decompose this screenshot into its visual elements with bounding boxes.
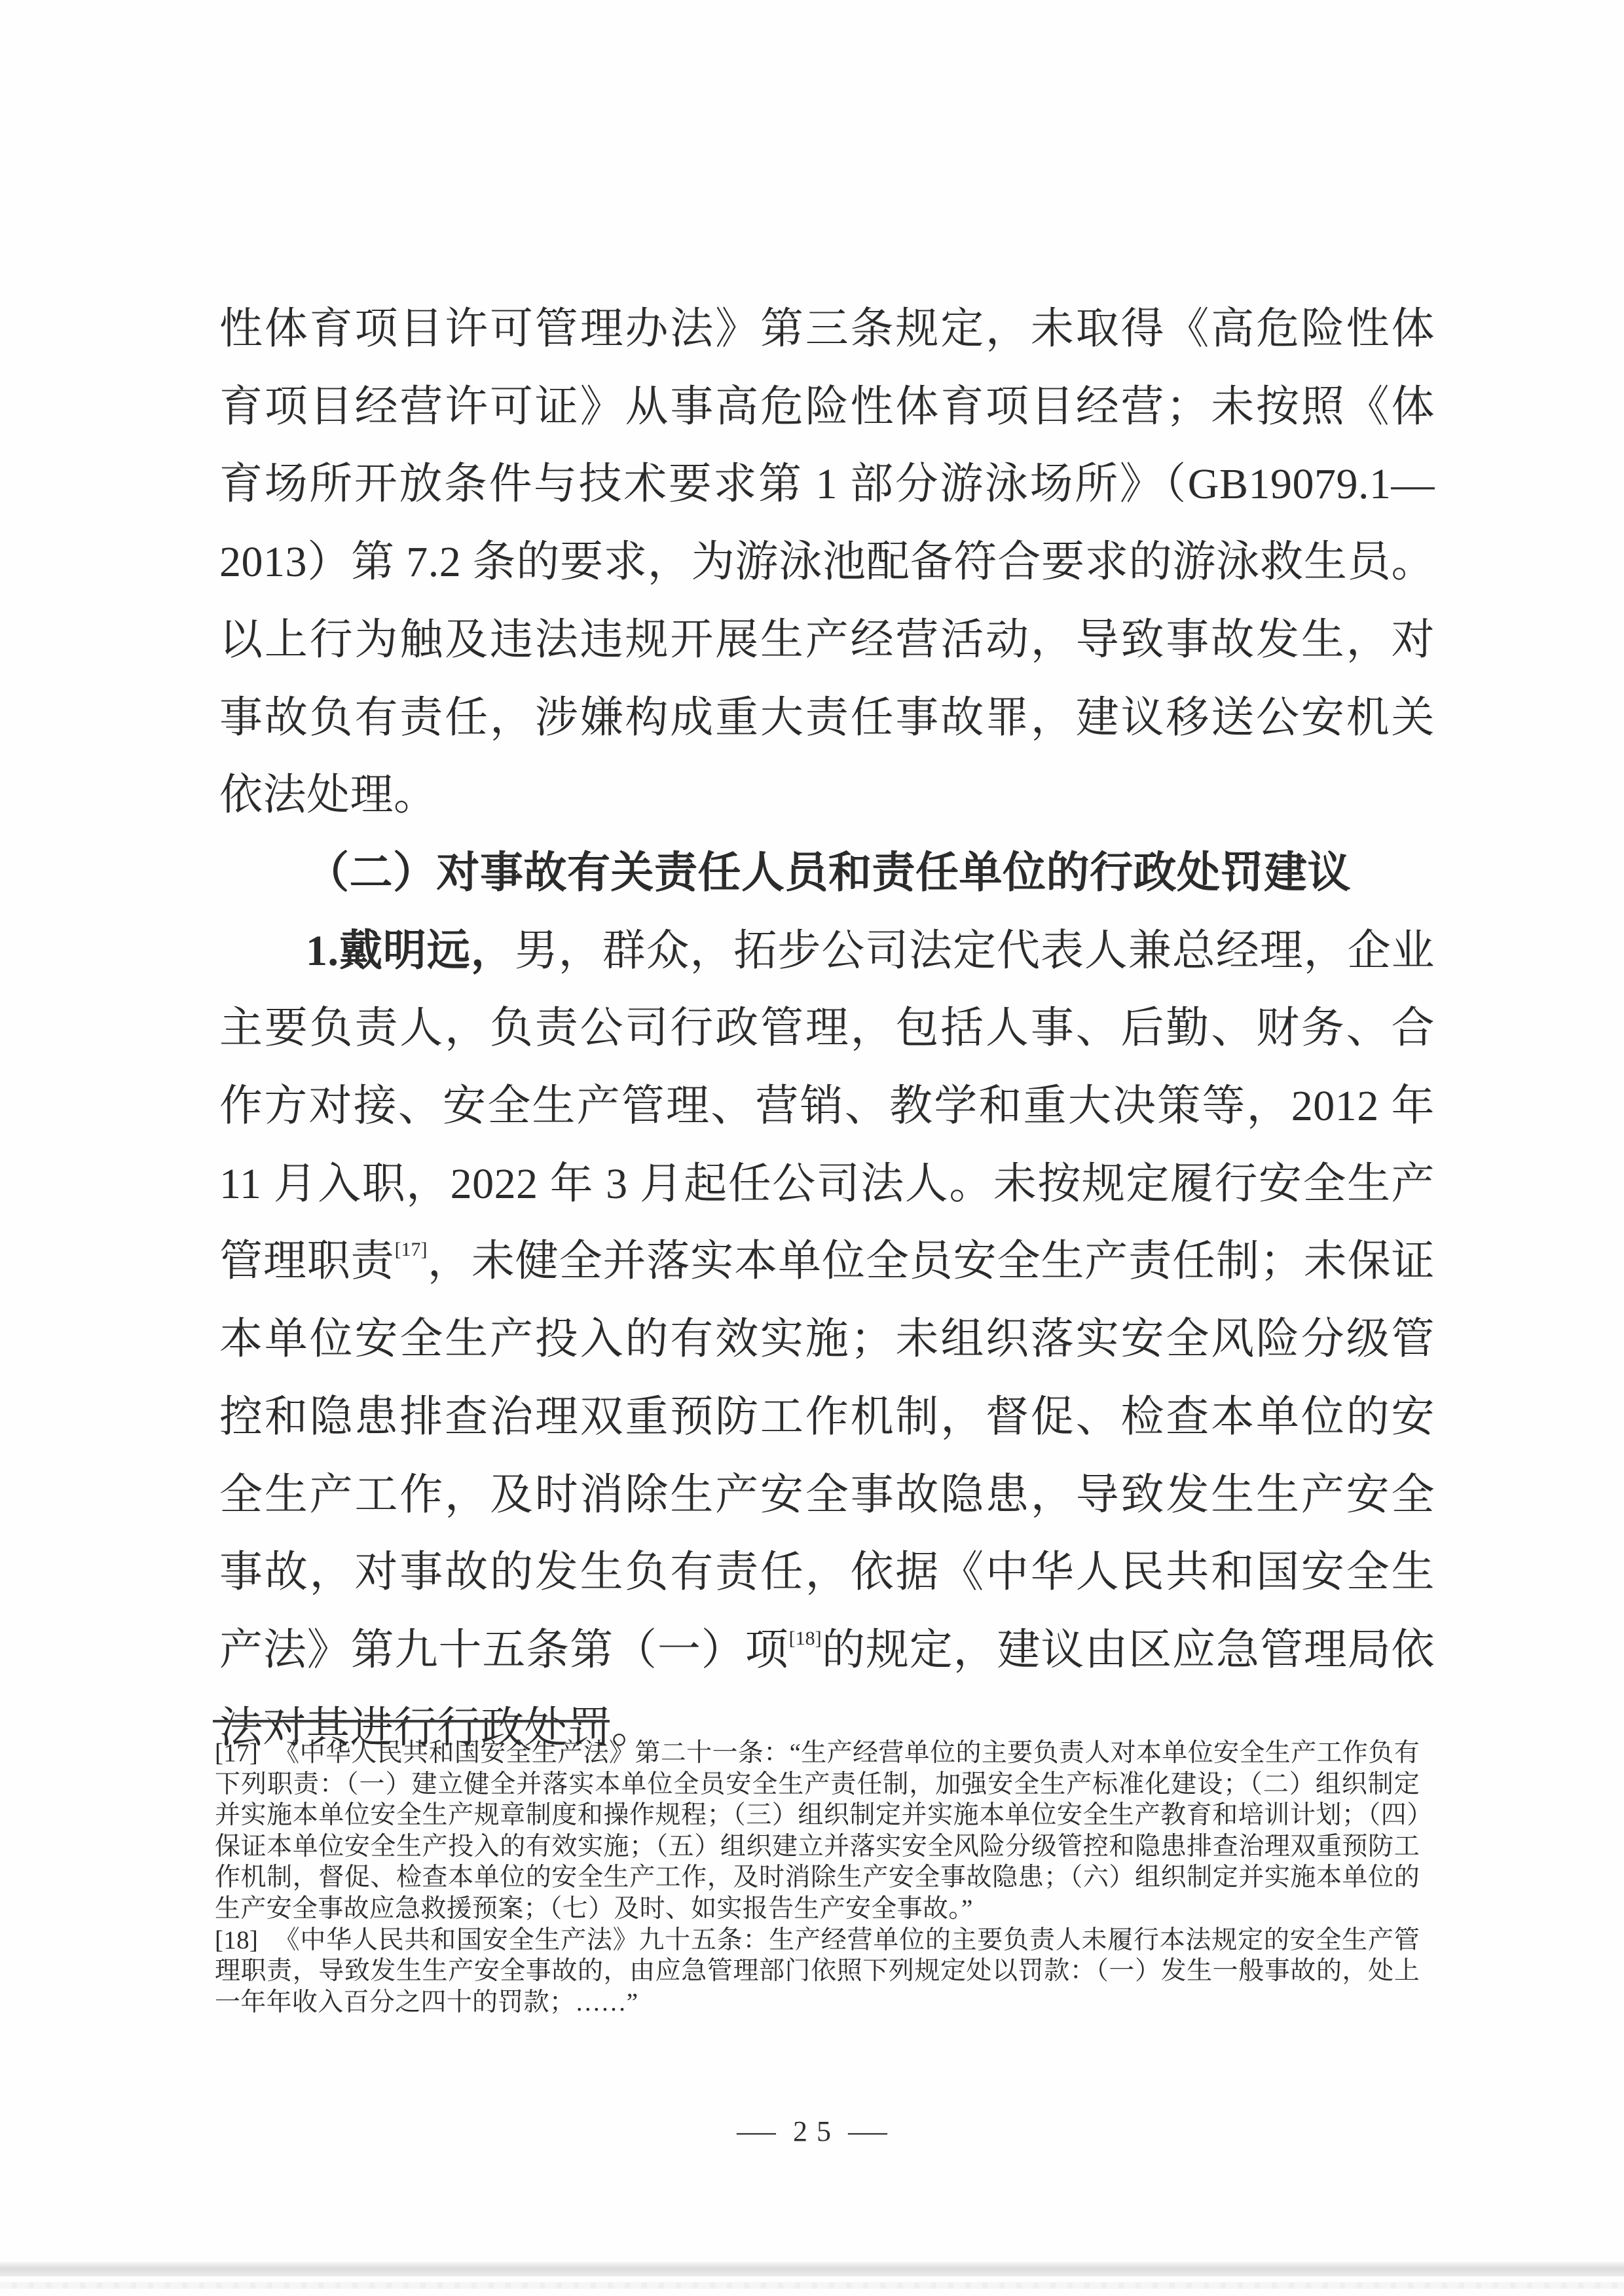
person-paragraph: 1.戴明远，男，群众，拓步公司法定代表人兼总经理，企业主要负责人，负责公司行政管… xyxy=(219,913,1435,1768)
footnote-separator-line xyxy=(213,1720,610,1722)
footnote-18-marker: [18] xyxy=(215,1926,258,1954)
footnote-ref-18: [18] xyxy=(789,1628,822,1649)
page-footer: —25— xyxy=(0,2113,1624,2150)
footnote-17-text: 《中华人民共和国安全生产法》第二十一条：“生产经营单位的主要负责人对本单位安全生… xyxy=(215,1739,1420,1923)
footer-page-number: 25 xyxy=(793,2113,840,2150)
scan-artifact-speckle xyxy=(0,2282,1624,2289)
footnote-17-marker: [17] xyxy=(215,1739,258,1767)
footer-dash-right: — xyxy=(848,2113,887,2150)
person-paragraph-part2: ，未健全并落实本单位全员安全生产责任制；未保证本单位安全生产投入的有效实施；未组… xyxy=(219,1237,1435,1674)
footnote-ref-17: [17] xyxy=(395,1239,428,1260)
footnote-18-text: 《中华人民共和国安全生产法》九十五条：生产经营单位的主要负责人未履行本法规定的安… xyxy=(215,1926,1420,2016)
footnotes-block: [17]《中华人民共和国安全生产法》第二十一条：“生产经营单位的主要负责人对本单… xyxy=(215,1738,1420,2018)
body-text-block: 性体育项目许可管理办法》第三条规定，未取得《高危险性体育项目经营许可证》从事高危… xyxy=(219,291,1435,1767)
scan-artifact-band xyxy=(0,2262,1624,2276)
footnote-18: [18]《中华人民共和国安全生产法》九十五条：生产经营单位的主要负责人未履行本法… xyxy=(215,1925,1420,2018)
footnote-17: [17]《中华人民共和国安全生产法》第二十一条：“生产经营单位的主要负责人对本单… xyxy=(215,1738,1420,1925)
person-paragraph-part1: 男，群众，拓步公司法定代表人兼总经理，企业主要负责人，负责公司行政管理，包括人事… xyxy=(219,927,1435,1286)
document-page: 性体育项目许可管理办法》第三条规定，未取得《高危险性体育项目经营许可证》从事高危… xyxy=(0,0,1624,2296)
section-heading: （二）对事故有关责任人员和责任单位的行政处罚建议 xyxy=(219,835,1435,913)
person-name: 1.戴明远， xyxy=(306,927,515,975)
paragraph-continuation: 性体育项目许可管理办法》第三条规定，未取得《高危险性体育项目经营许可证》从事高危… xyxy=(219,291,1435,835)
footer-dash-left: — xyxy=(737,2113,775,2150)
